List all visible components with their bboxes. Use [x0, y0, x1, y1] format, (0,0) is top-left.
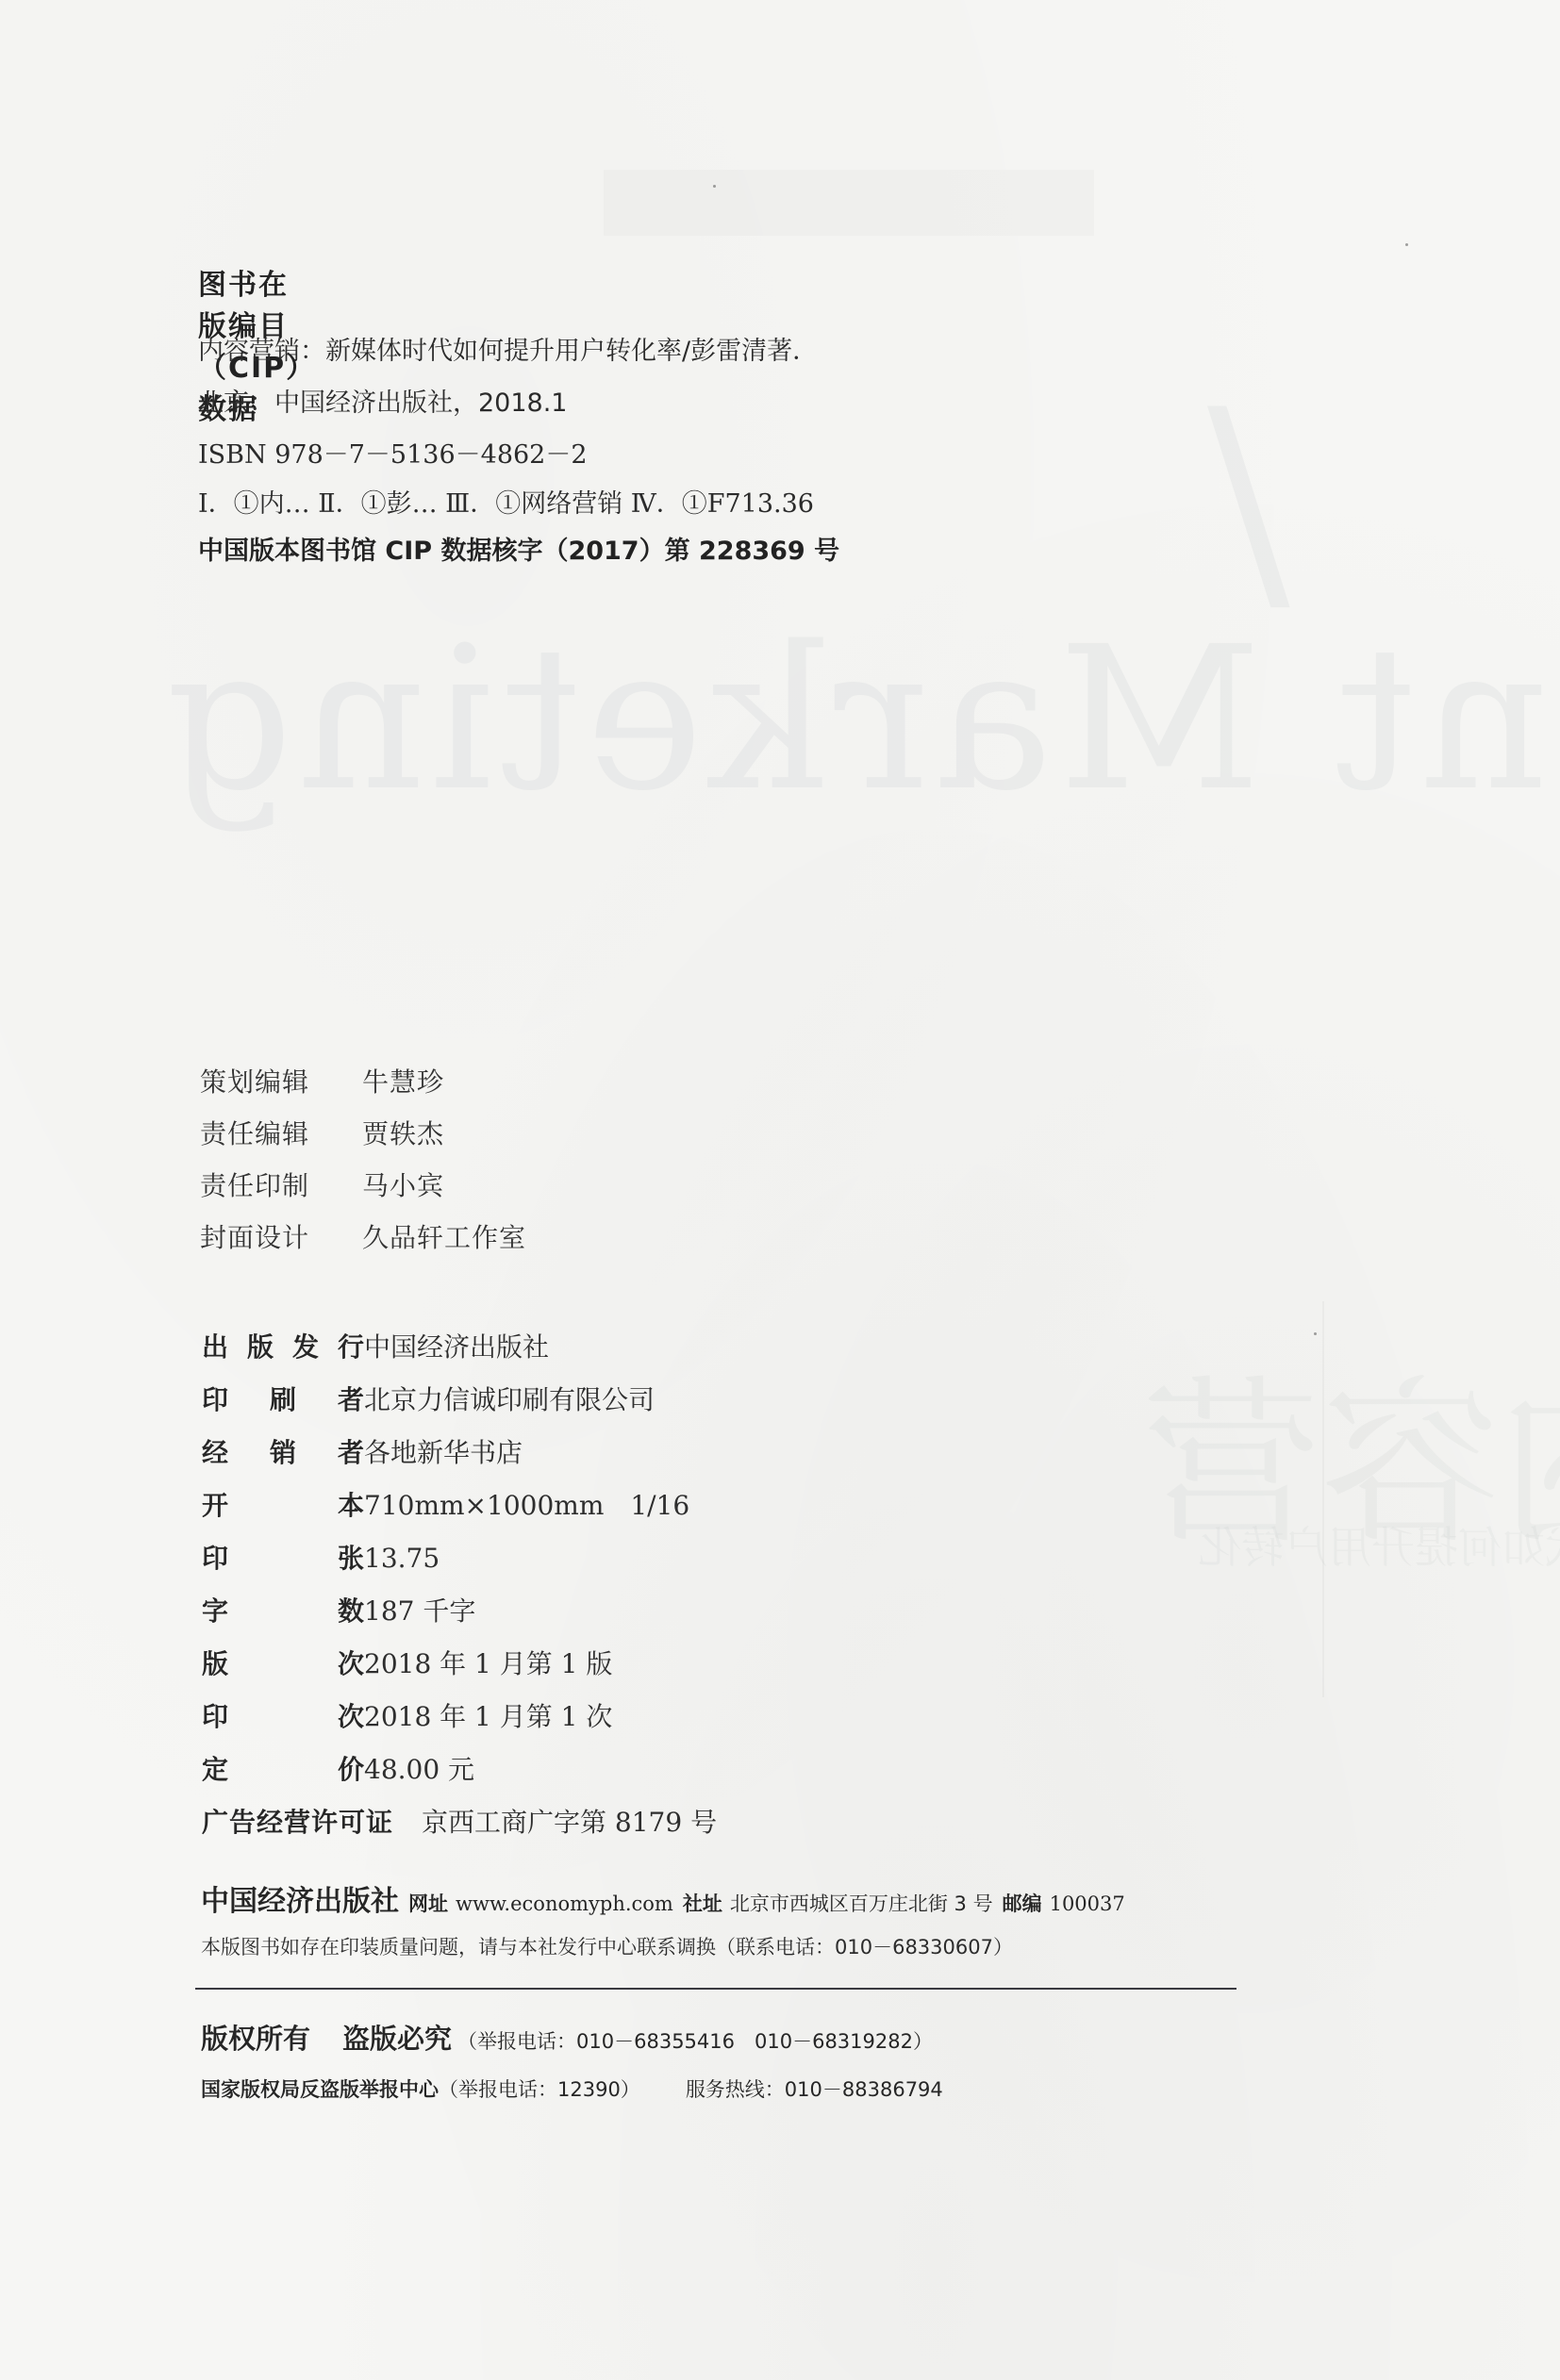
label-char: 出: [202, 1327, 228, 1364]
staff-row-responsible-editor: 责任编辑 贾轶杰: [200, 1114, 444, 1151]
label-char: 印: [202, 1696, 228, 1734]
pub-row-distributor: 经 销 者 各地新华书店: [202, 1432, 523, 1470]
pub-label: 印 刷 者: [202, 1380, 364, 1417]
label-char: 者: [338, 1380, 364, 1417]
label-char: 数: [338, 1591, 364, 1628]
antipiracy-center: 国家版权局反盗版举报中心: [201, 2074, 439, 2103]
staff-label: 封面设计: [200, 1217, 362, 1255]
label-char: 版: [202, 1644, 228, 1681]
label-char: 字: [202, 1591, 228, 1628]
pub-value: 187 千字: [364, 1591, 475, 1628]
cip-classification-line: Ⅰ．①内… Ⅱ．①彭… Ⅲ．①网络营销 Ⅳ．①F713.36: [198, 483, 814, 520]
pub-row-publisher: 出 版 发 行 中国经济出版社: [202, 1327, 549, 1364]
website-label: 网址: [408, 1889, 448, 1917]
publisher-name: 中国经济出版社: [201, 1877, 399, 1919]
ad-license-value: 京西工商广字第 8179 号: [422, 1802, 717, 1840]
pub-label: 印 张: [202, 1538, 364, 1576]
pub-value: 48.00 元: [364, 1749, 474, 1787]
label-char: 经: [202, 1432, 228, 1470]
label-char: 价: [338, 1749, 364, 1787]
label-char: 刷: [270, 1380, 296, 1417]
label-char: 者: [338, 1432, 364, 1470]
pub-label: 开 本: [202, 1485, 364, 1523]
footer-divider: [195, 1988, 1236, 1990]
piracy-warning: 盗版必究: [342, 2018, 452, 2057]
antipiracy-phone: （举报电话：12390）: [439, 2074, 640, 2103]
staff-value: 牛慧珍: [362, 1062, 444, 1099]
pub-label: 字 数: [202, 1591, 364, 1628]
dust-speck: [1314, 1332, 1317, 1335]
service-hotline: 服务热线：010－88386794: [686, 2074, 943, 2103]
postcode-value: 100037: [1050, 1892, 1125, 1915]
pub-row-printed-sheets: 印 张 13.75: [202, 1538, 440, 1576]
pub-row-word-count: 字 数 187 千字: [202, 1591, 475, 1628]
pub-row-printer: 印 刷 者 北京力信诚印刷有限公司: [202, 1380, 655, 1417]
rights-line: 版权所有 盗版必究 （举报电话：010－68355416 010－6831928…: [201, 2018, 933, 2057]
label-char: 印: [202, 1538, 228, 1576]
dust-speck: [1405, 243, 1408, 246]
pub-row-printing: 印 次 2018 年 1 月第 1 次: [202, 1696, 612, 1734]
label-char: 销: [270, 1432, 296, 1470]
staff-label: 责任印制: [200, 1165, 362, 1203]
showthrough-slash: /: [1207, 358, 1290, 643]
pub-value: 2018 年 1 月第 1 次: [364, 1696, 612, 1734]
label-char: 次: [338, 1696, 364, 1734]
cip-publisher-line: 北京：中国经济出版社，2018.1: [198, 382, 567, 419]
publisher-contact-line: 中国经济出版社 网址 www.economyph.com 社址 北京市西城区百万…: [201, 1877, 1135, 1919]
staff-value: 久品轩工作室: [362, 1217, 526, 1255]
label-char: 行: [338, 1327, 364, 1364]
cip-title-line: 内容营销：新媒体时代如何提升用户转化率/彭雷清著．: [198, 330, 818, 367]
pub-label: 经 销 者: [202, 1432, 364, 1470]
pub-label: 印 次: [202, 1696, 364, 1734]
label-char: 本: [338, 1485, 364, 1523]
cip-isbn-line: ISBN 978－7－5136－4862－2: [198, 434, 588, 471]
staff-value: 马小宾: [362, 1165, 444, 1203]
quality-notice: 本版图书如存在印装质量问题，请与本社发行中心联系调换（联系电话：010－6833…: [201, 1932, 1013, 1960]
label-char: 定: [202, 1749, 228, 1787]
showthrough-chinese-subtitle: 新媒体时代如何提升用户转化: [1198, 1513, 1560, 1576]
label-char: 版: [247, 1327, 274, 1364]
pub-value: 中国经济出版社: [364, 1327, 549, 1364]
label-char: 次: [338, 1644, 364, 1681]
pub-row-ad-license: 广告经营许可证 京西工商广字第 8179 号: [202, 1802, 717, 1840]
pub-value: 710mm×1000mm 1/16: [364, 1485, 689, 1523]
cip-approval-line: 中国版本图书馆 CIP 数据核字（2017）第 228369 号: [198, 530, 839, 567]
pub-row-edition: 版 次 2018 年 1 月第 1 版: [202, 1644, 612, 1681]
pub-value: 13.75: [364, 1543, 440, 1574]
showthrough-chinese-title: 内容营: [1141, 1320, 1560, 1578]
label-char: 印: [202, 1380, 228, 1417]
label-char: 开: [202, 1485, 228, 1523]
staff-value: 贾轶杰: [362, 1114, 444, 1151]
all-rights-reserved: 版权所有: [201, 2018, 310, 2057]
pub-row-format: 开 本 710mm×1000mm 1/16: [202, 1485, 689, 1523]
postcode-label: 邮编: [1003, 1889, 1042, 1917]
dust-speck: [713, 185, 716, 188]
report-phones: （举报电话：010－68355416 010－68319282）: [457, 2026, 933, 2055]
antipiracy-line: 国家版权局反盗版举报中心 （举报电话：12390） 服务热线：010－88386…: [201, 2074, 943, 2103]
pub-value: 北京力信诚印刷有限公司: [364, 1380, 655, 1417]
website-value: www.economyph.com: [456, 1892, 673, 1915]
showthrough-band: [604, 170, 1094, 236]
pub-label: 版 次: [202, 1644, 364, 1681]
showthrough-vertical-line: [1322, 1301, 1324, 1697]
pub-row-price: 定 价 48.00 元: [202, 1749, 474, 1787]
pub-value: 2018 年 1 月第 1 版: [364, 1644, 612, 1681]
staff-label: 责任编辑: [200, 1114, 362, 1151]
pub-label: 出 版 发 行: [202, 1327, 364, 1364]
staff-label: 策划编辑: [200, 1062, 362, 1099]
address-label: 社址: [683, 1889, 722, 1917]
ad-license-label: 广告经营许可证: [202, 1802, 393, 1840]
showthrough-english-title: Content Marketing: [160, 603, 1560, 835]
label-char: 张: [338, 1538, 364, 1576]
address-value: 北京市西城区百万庄北街 3 号: [730, 1889, 993, 1917]
staff-row-print-supervisor: 责任印制 马小宾: [200, 1165, 444, 1203]
pub-value: 各地新华书店: [364, 1432, 523, 1470]
staff-row-planning-editor: 策划编辑 牛慧珍: [200, 1062, 444, 1099]
pub-label: 定 价: [202, 1749, 364, 1787]
staff-row-cover-design: 封面设计 久品轩工作室: [200, 1217, 526, 1255]
label-char: 发: [292, 1327, 319, 1364]
